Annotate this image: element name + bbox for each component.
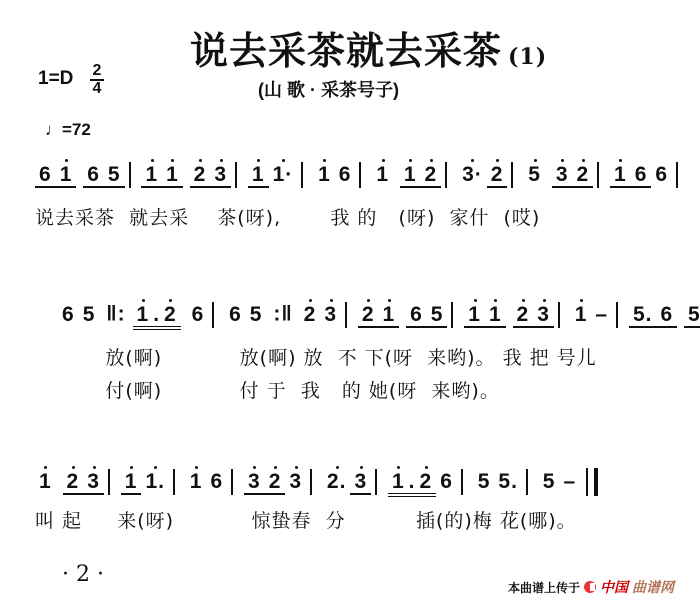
- title-number: (1): [508, 44, 547, 70]
- notation-line-2: 65 ‖: 1.2 6 65 :‖ 23 21 65 11 23 1– 5.6 …: [58, 302, 700, 328]
- title-text: 说去采茶就去采茶: [190, 28, 502, 73]
- notation-line-1: 61 65 11 23 11· 16 1 12 3·2 5 32 166: [35, 162, 682, 188]
- final-barline: [586, 468, 598, 496]
- brand-name-red: 中国: [600, 577, 628, 597]
- time-signature-bottom: 4: [93, 81, 102, 97]
- notation-line-3: 1 23 11. 16 323 2.3 1.26 55. 5–: [35, 468, 598, 496]
- site-logo-icon: [584, 581, 596, 593]
- time-signature: 2 4: [90, 63, 104, 97]
- lyrics-line-2-verse-1: 放(啊) 放(啊) 放 不 下(呀 来哟)。 我 把 号儿: [35, 343, 597, 370]
- brand-name-brown: 曲谱网: [632, 577, 674, 597]
- lyrics-line-2-verse-2: 付(啊) 付 于 我 的 她(呀 来哟)。: [35, 376, 500, 403]
- lyrics-line-1: 说去采茶 就去采 茶(呀), 我 的 (呀) 家什 (哎): [35, 203, 540, 230]
- lyrics-line-3: 叫 起 来(呀) 惊蛰春 分 插(的)梅 花(哪)。: [35, 506, 577, 533]
- page-number: · 2 ·: [62, 562, 104, 587]
- time-signature-top: 2: [93, 63, 102, 79]
- tempo-marking: ♩=72: [45, 120, 91, 140]
- song-subtitle: (山 歌 · 采茶号子): [258, 76, 399, 102]
- key-signature: 1=D: [38, 68, 73, 90]
- upload-text: 本曲谱上传于: [508, 579, 580, 596]
- song-title: 说去采茶就去采茶(1): [190, 20, 547, 75]
- upload-credit: 本曲谱上传于 中国曲谱网: [508, 577, 674, 597]
